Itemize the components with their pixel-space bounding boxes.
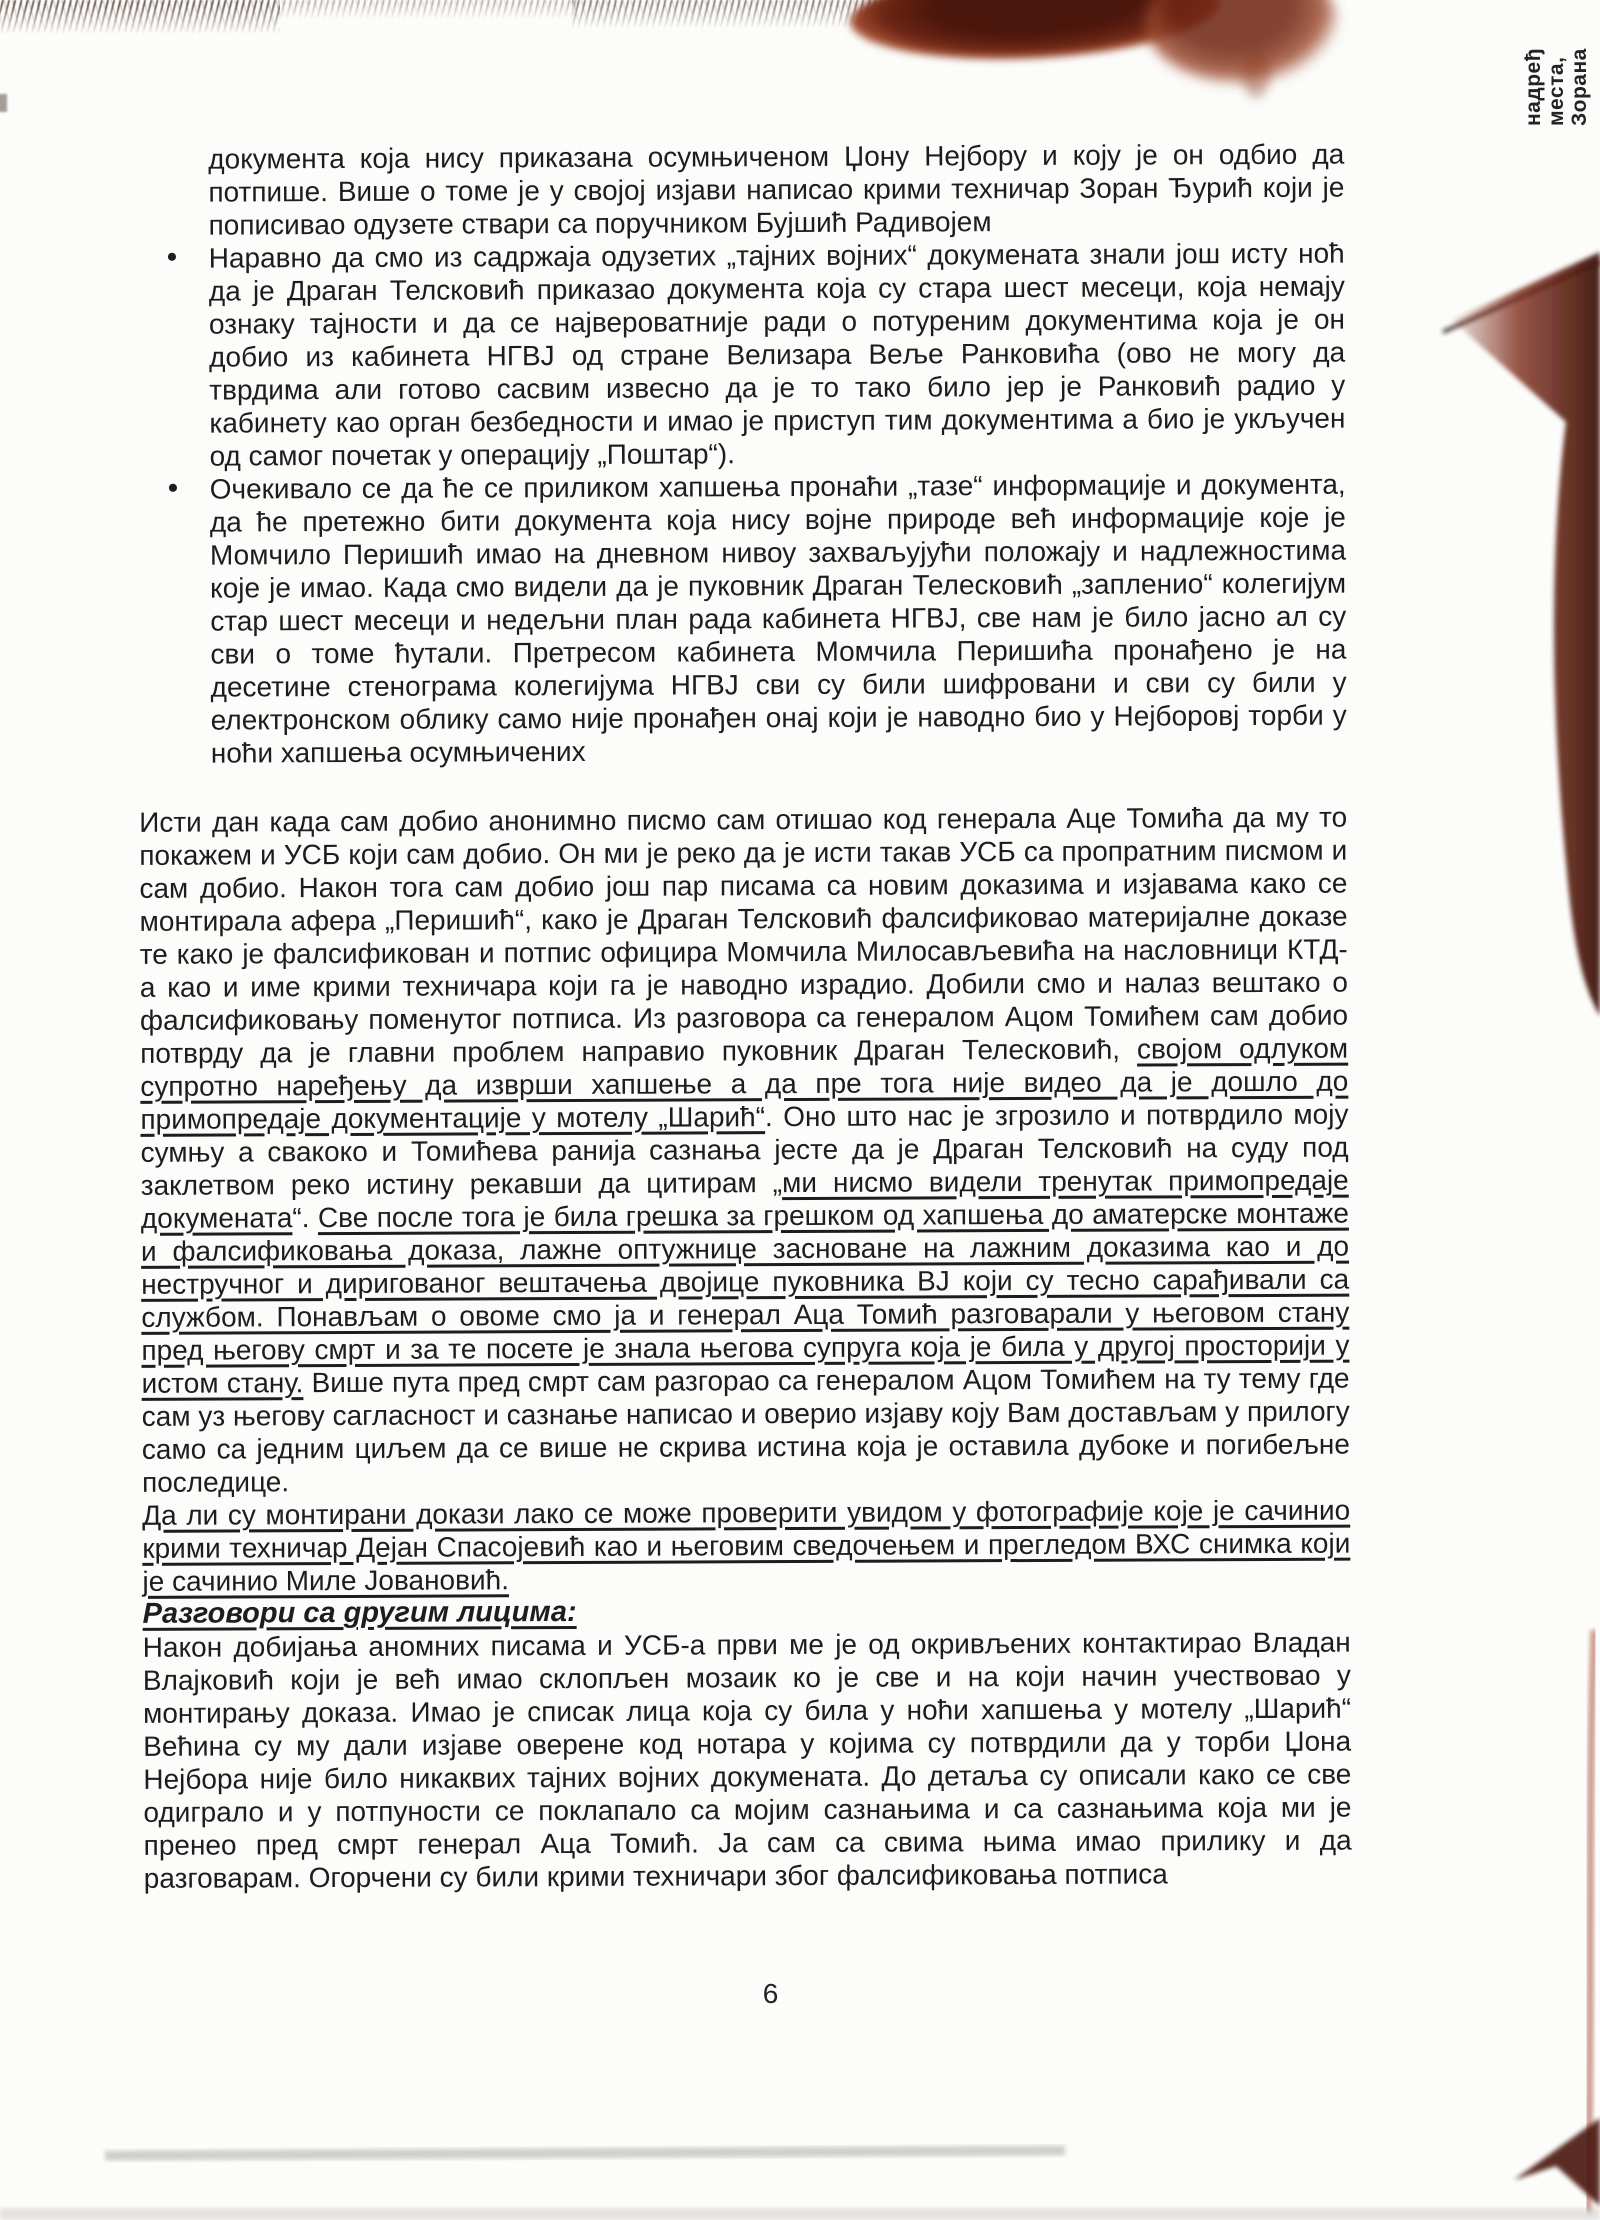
margin-note-line: Зорана [1568, 48, 1591, 126]
document-text: документа која нису приказана осумњичено… [0, 137, 1600, 1896]
paragraph: Исти дан када сам добио анонимно писмо с… [139, 801, 1350, 1499]
page-number: 6 [168, 1978, 1373, 2010]
paragraph: Да ли су монтирани докази лако се може п… [142, 1494, 1350, 1598]
text-run: Очекивало се да ће се приликом хапшења п… [210, 469, 1347, 769]
scan-stain-tail [1242, 50, 1270, 98]
bullet-item: •Наравно да смо из садржаја одузетих „та… [137, 237, 1346, 473]
paragraph: Након добијања аномних писама и УСБ-а пр… [143, 1626, 1352, 1895]
margin-note-vertical-text: надређ места, Зорана [1522, 48, 1591, 126]
scanned-page: надређ места, Зорана документа која нису… [0, 0, 1600, 2220]
scan-noise-top-2 [278, 0, 578, 20]
bullet-marker: • [168, 472, 179, 505]
underlined-text: Да ли су монтирани докази лако се може п… [142, 1495, 1350, 1597]
scan-noise-top-1 [0, 0, 280, 36]
bullet-item: •Очекивало се да ће се приликом хапшења … [138, 468, 1347, 770]
text-run: “. [292, 1202, 318, 1233]
bullet-marker: • [167, 241, 178, 274]
margin-note-line: места, [1545, 48, 1568, 126]
underlined-text: Разговори са другим лицима: [143, 1596, 577, 1630]
section-heading: Разговори са другим лицима: [143, 1593, 1351, 1631]
paragraph: документа која нису приказана осумњичено… [136, 138, 1344, 242]
text-run: Више пута пред смрт сам разгорао са гене… [142, 1363, 1350, 1498]
text-run: Исти дан када сам добио анонимно писмо с… [139, 802, 1348, 1069]
margin-note-line: надређ [1522, 48, 1545, 126]
scan-shadow-bottom-edge [0, 2208, 1600, 2220]
scan-mark-left-edge [0, 94, 7, 112]
scan-noise-top-3 [572, 0, 884, 30]
text-run: Наравно да смо из садржаја одузетих „тај… [209, 238, 1346, 472]
scan-wedge-bottom-right [1514, 2118, 1600, 2206]
scan-smear-bottom [105, 2146, 1065, 2161]
text-run: документа која нису приказана осумњичено… [208, 139, 1344, 241]
text-run: Након добијања аномних писама и УСБ-а пр… [143, 1627, 1352, 1894]
